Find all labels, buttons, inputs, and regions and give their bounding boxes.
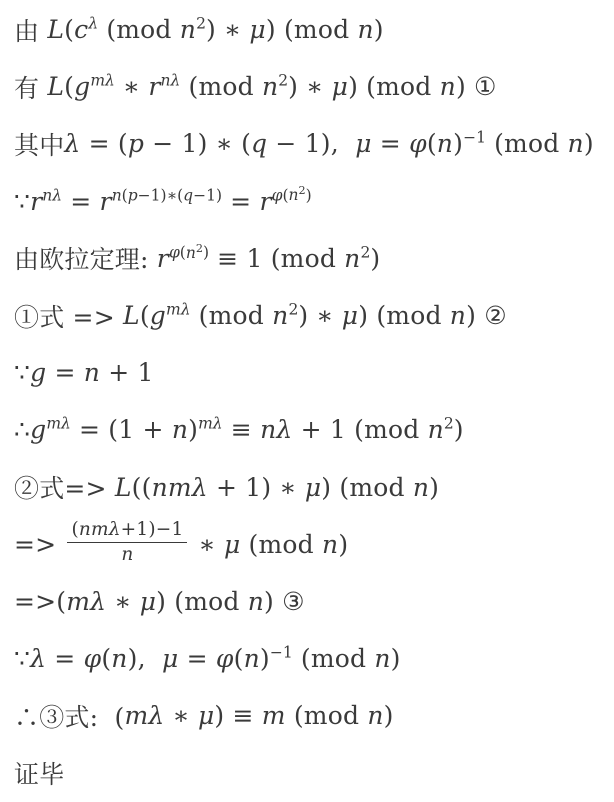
formula-line-10: => (nmλ+1)−1n ∗ μ (mod n) (14, 516, 608, 573)
math-token: nλ (42, 186, 62, 204)
math-token: μ (249, 15, 265, 44)
math-token: ∵ (14, 358, 30, 387)
math-token: nλ (260, 415, 292, 444)
math-token: ) (mod (266, 15, 358, 44)
formula-line-5: 由欧拉定理: rφ(n2) ≡ 1 (mod n2) (14, 230, 608, 287)
math-token: 2 (299, 184, 306, 197)
math-token: )mλ (188, 415, 223, 444)
math-token: n (84, 358, 100, 387)
math-token: n2 (272, 301, 298, 330)
math-token: mλ (66, 587, 106, 616)
math-token: μ (162, 644, 178, 673)
superscript: mλ (166, 301, 191, 319)
math-token: L (47, 72, 64, 101)
math-token: ∗ (164, 701, 198, 730)
math-token: λ (30, 644, 46, 673)
math-token: ①式 => (14, 298, 123, 334)
math-token: ( (180, 244, 186, 262)
superscript: φ(n2) (169, 244, 209, 262)
superscript: 2 (196, 241, 203, 254)
formula-line-1: 由 L(cλ (mod n2) ∗ μ) (mod n) (14, 1, 608, 58)
math-token: ) (mod (348, 72, 440, 101)
formula-line-13: ∴③式: (mλ ∗ μ) ≡ m (mod n) (14, 687, 608, 744)
math-token: μ (198, 701, 214, 730)
math-token: q (183, 186, 193, 204)
math-token: n2 (262, 72, 288, 101)
math-token: (mod (486, 129, 568, 158)
math-token: n2 (180, 15, 206, 44)
math-token: L (47, 15, 64, 44)
math-token: ) (584, 129, 594, 158)
math-token: + 1) ∗ (208, 473, 305, 502)
math-token: mλ (198, 415, 223, 433)
superscript: 2 (196, 15, 206, 33)
math-token: n2 (289, 186, 306, 204)
math-token: p (128, 186, 138, 204)
math-token: + 1 (mod (292, 415, 427, 444)
math-token: 2 (360, 244, 370, 262)
math-token: ) (374, 15, 384, 44)
superscript: 2 (360, 244, 370, 262)
math-token: μ (305, 473, 321, 502)
math-token: −1)∗( (138, 186, 183, 204)
superscript: mλ (198, 415, 223, 433)
math-token: φ (409, 129, 427, 158)
math-token: 2 (288, 301, 298, 319)
math-token: rnλ (148, 72, 180, 101)
math-token: ∵ (14, 187, 30, 216)
math-token: gmλ (150, 301, 191, 330)
math-token: λ (64, 129, 80, 158)
math-token: φ (169, 244, 180, 262)
math-token: ) (338, 530, 348, 559)
math-token: )−1 (453, 129, 486, 158)
math-token: (mod (98, 15, 180, 44)
math-token: n (440, 72, 456, 101)
math-token: n (374, 644, 390, 673)
math-token: μ (140, 587, 156, 616)
superscript: 2 (444, 415, 454, 433)
math-token: = (372, 129, 409, 158)
superscript: nλ (161, 72, 181, 90)
math-token: = (46, 358, 83, 387)
math-token: μ (332, 72, 348, 101)
superscript: φ(n2) (272, 186, 312, 204)
math-token: n (568, 129, 584, 158)
math-token: ( (234, 644, 244, 673)
math-token: nmλ (152, 473, 208, 502)
math-token: rφ(n2) (259, 187, 311, 216)
math-token: ( (101, 644, 111, 673)
math-proof-document: 由 L(cλ (mod n2) ∗ μ) (mod n)有 L(gmλ ∗ rn… (0, 0, 614, 802)
math-token: mλ (166, 301, 191, 319)
math-token: n (413, 473, 429, 502)
math-token: n (112, 186, 122, 204)
math-token: ) ② (466, 301, 507, 330)
math-token: n (244, 644, 260, 673)
math-token: ) ∗ (298, 301, 341, 330)
math-token: => (14, 530, 64, 559)
math-token: mλ (124, 701, 164, 730)
math-token: rφ(n2) (157, 244, 209, 273)
math-token: n2 (344, 244, 370, 273)
math-token: L (115, 473, 132, 502)
math-token: cλ (74, 15, 98, 44)
math-token: = (46, 644, 83, 673)
math-token: q (251, 129, 267, 158)
math-token: ) ∗ (206, 15, 249, 44)
math-token: = (178, 644, 215, 673)
math-token: μ (224, 530, 240, 559)
math-token: ) (429, 473, 439, 502)
superscript: 2 (288, 301, 298, 319)
math-token: = (222, 187, 259, 216)
superscript: 2 (278, 72, 288, 90)
formula-line-2: 有 L(gmλ ∗ rnλ (mod n2) ∗ μ) (mod n) ① (14, 58, 608, 115)
math-token: (mod (293, 644, 375, 673)
math-token: n (248, 587, 264, 616)
math-token: ( (64, 72, 74, 101)
math-token: ∗ (106, 587, 140, 616)
math-token: 由欧拉定理: (14, 240, 157, 276)
math-token: ) (mod (358, 301, 450, 330)
math-token: =>( (14, 587, 66, 616)
fraction-denominator: n (117, 543, 137, 565)
math-token: φ (272, 186, 283, 204)
math-token: = (62, 187, 99, 216)
math-token: ) ③ (264, 587, 305, 616)
superscript: −1 (270, 644, 293, 662)
math-token: gmλ (74, 72, 115, 101)
superscript: nλ (42, 186, 62, 204)
math-token: −1 (270, 644, 293, 662)
math-token: + 1 (100, 358, 154, 387)
math-token: n2 (186, 244, 203, 262)
math-token: − 1), (267, 129, 355, 158)
fraction-numerator: (nmλ+1)−1 (67, 519, 187, 543)
math-token: 有 (14, 69, 47, 105)
superscript: 2 (299, 184, 306, 197)
math-token: nmλ (79, 519, 121, 540)
math-token: = (1 + (71, 415, 172, 444)
math-token: ≡ (223, 415, 260, 444)
formula-line-8: ∴gmλ = (1 + n)mλ ≡ nλ + 1 (mod n2) (14, 401, 608, 458)
math-token: ∵ (14, 644, 30, 673)
math-token: ( (427, 129, 437, 158)
formula-line-3: 其中λ = (p − 1) ∗ (q − 1), μ = φ(n)−1 (mod… (14, 115, 608, 172)
math-token: ) ≡ (214, 701, 261, 730)
math-token: (( (132, 473, 152, 502)
math-token: ) (mod (321, 473, 413, 502)
math-token: 证毕 (14, 755, 64, 791)
math-token: −1 (463, 129, 486, 147)
math-token: ∴③式: ( (14, 698, 124, 734)
math-token: 2 (196, 15, 206, 33)
math-token: ∗ (190, 530, 224, 559)
math-token: m (262, 701, 286, 730)
math-token: rnλ (30, 187, 62, 216)
math-token: ) (391, 644, 401, 673)
math-token: ), (128, 644, 162, 673)
math-token: ) (454, 415, 464, 444)
math-token: λ (88, 15, 98, 33)
formula-line-11: =>(mλ ∗ μ) (mod n) ③ (14, 573, 608, 630)
superscript: −1 (463, 129, 486, 147)
math-token: ) ∗ (288, 72, 331, 101)
math-token: n (172, 415, 188, 444)
math-token: ) (384, 701, 394, 730)
math-token: ②式=> (14, 469, 115, 505)
math-token: mλ (90, 72, 115, 90)
math-token: n (450, 301, 466, 330)
math-token: +1)−1 (121, 519, 184, 540)
math-token: ( (140, 301, 150, 330)
fraction: (nmλ+1)−1n (67, 519, 187, 566)
math-token: (mod (180, 72, 262, 101)
math-token: ) (mod (156, 587, 248, 616)
formula-line-4: ∵rnλ = rn(p−1)∗(q−1) = rφ(n2) (14, 173, 608, 230)
math-token: 2 (444, 415, 454, 433)
formula-line-14: 证毕 (14, 744, 608, 801)
superscript: mλ (90, 72, 115, 90)
math-token: φ (84, 644, 102, 673)
math-token: n (322, 530, 338, 559)
math-token: = ( (80, 129, 127, 158)
math-token: 2 (196, 241, 203, 254)
math-token: mλ (46, 415, 71, 433)
math-token: ) (370, 244, 380, 273)
math-token: ∗ (115, 72, 149, 101)
superscript: mλ (46, 415, 71, 433)
math-token: ∴ (14, 415, 30, 444)
math-token: 由 (14, 12, 47, 48)
superscript: λ (88, 15, 98, 33)
math-token: )−1 (260, 644, 293, 673)
math-token: rn(p−1)∗(q−1) (100, 187, 222, 216)
formula-line-7: ∵g = n + 1 (14, 344, 608, 401)
math-token: 其中 (14, 126, 64, 162)
formula-line-12: ∵λ = φ(n), μ = φ(n)−1 (mod n) (14, 630, 608, 687)
math-token: n (111, 644, 127, 673)
math-token: (mod (191, 301, 273, 330)
formula-lines: 由 L(cλ (mod n2) ∗ μ) (mod n)有 L(gmλ ∗ rn… (14, 1, 608, 802)
math-token: L (123, 301, 140, 330)
superscript: n(p−1)∗(q−1) (112, 186, 222, 204)
math-token: ) ① (456, 72, 497, 101)
math-token: n (367, 701, 383, 730)
math-token: n (357, 15, 373, 44)
math-token: μ (355, 129, 371, 158)
math-token: ( (282, 186, 288, 204)
formula-line-6: ①式 => L(gmλ (mod n2) ∗ μ) (mod n) ② (14, 287, 608, 344)
math-token: ≡ 1 (mod (209, 244, 344, 273)
math-token: g (30, 358, 46, 387)
math-token: n (437, 129, 453, 158)
math-token: ) (306, 186, 312, 204)
math-token: ( (64, 15, 74, 44)
math-token: (mod (286, 701, 368, 730)
math-token: 2 (278, 72, 288, 90)
math-token: −1) (193, 186, 222, 204)
math-token: (mod (240, 530, 322, 559)
math-token: p (128, 129, 144, 158)
math-token: nλ (161, 72, 181, 90)
math-token: μ (342, 301, 358, 330)
formula-line-9: ②式=> L((nmλ + 1) ∗ μ) (mod n) (14, 459, 608, 516)
math-token: φ (216, 644, 234, 673)
math-token: n (121, 544, 133, 565)
math-token: gmλ (30, 415, 71, 444)
math-token: n2 (428, 415, 454, 444)
math-token: − 1) ∗ ( (144, 129, 251, 158)
